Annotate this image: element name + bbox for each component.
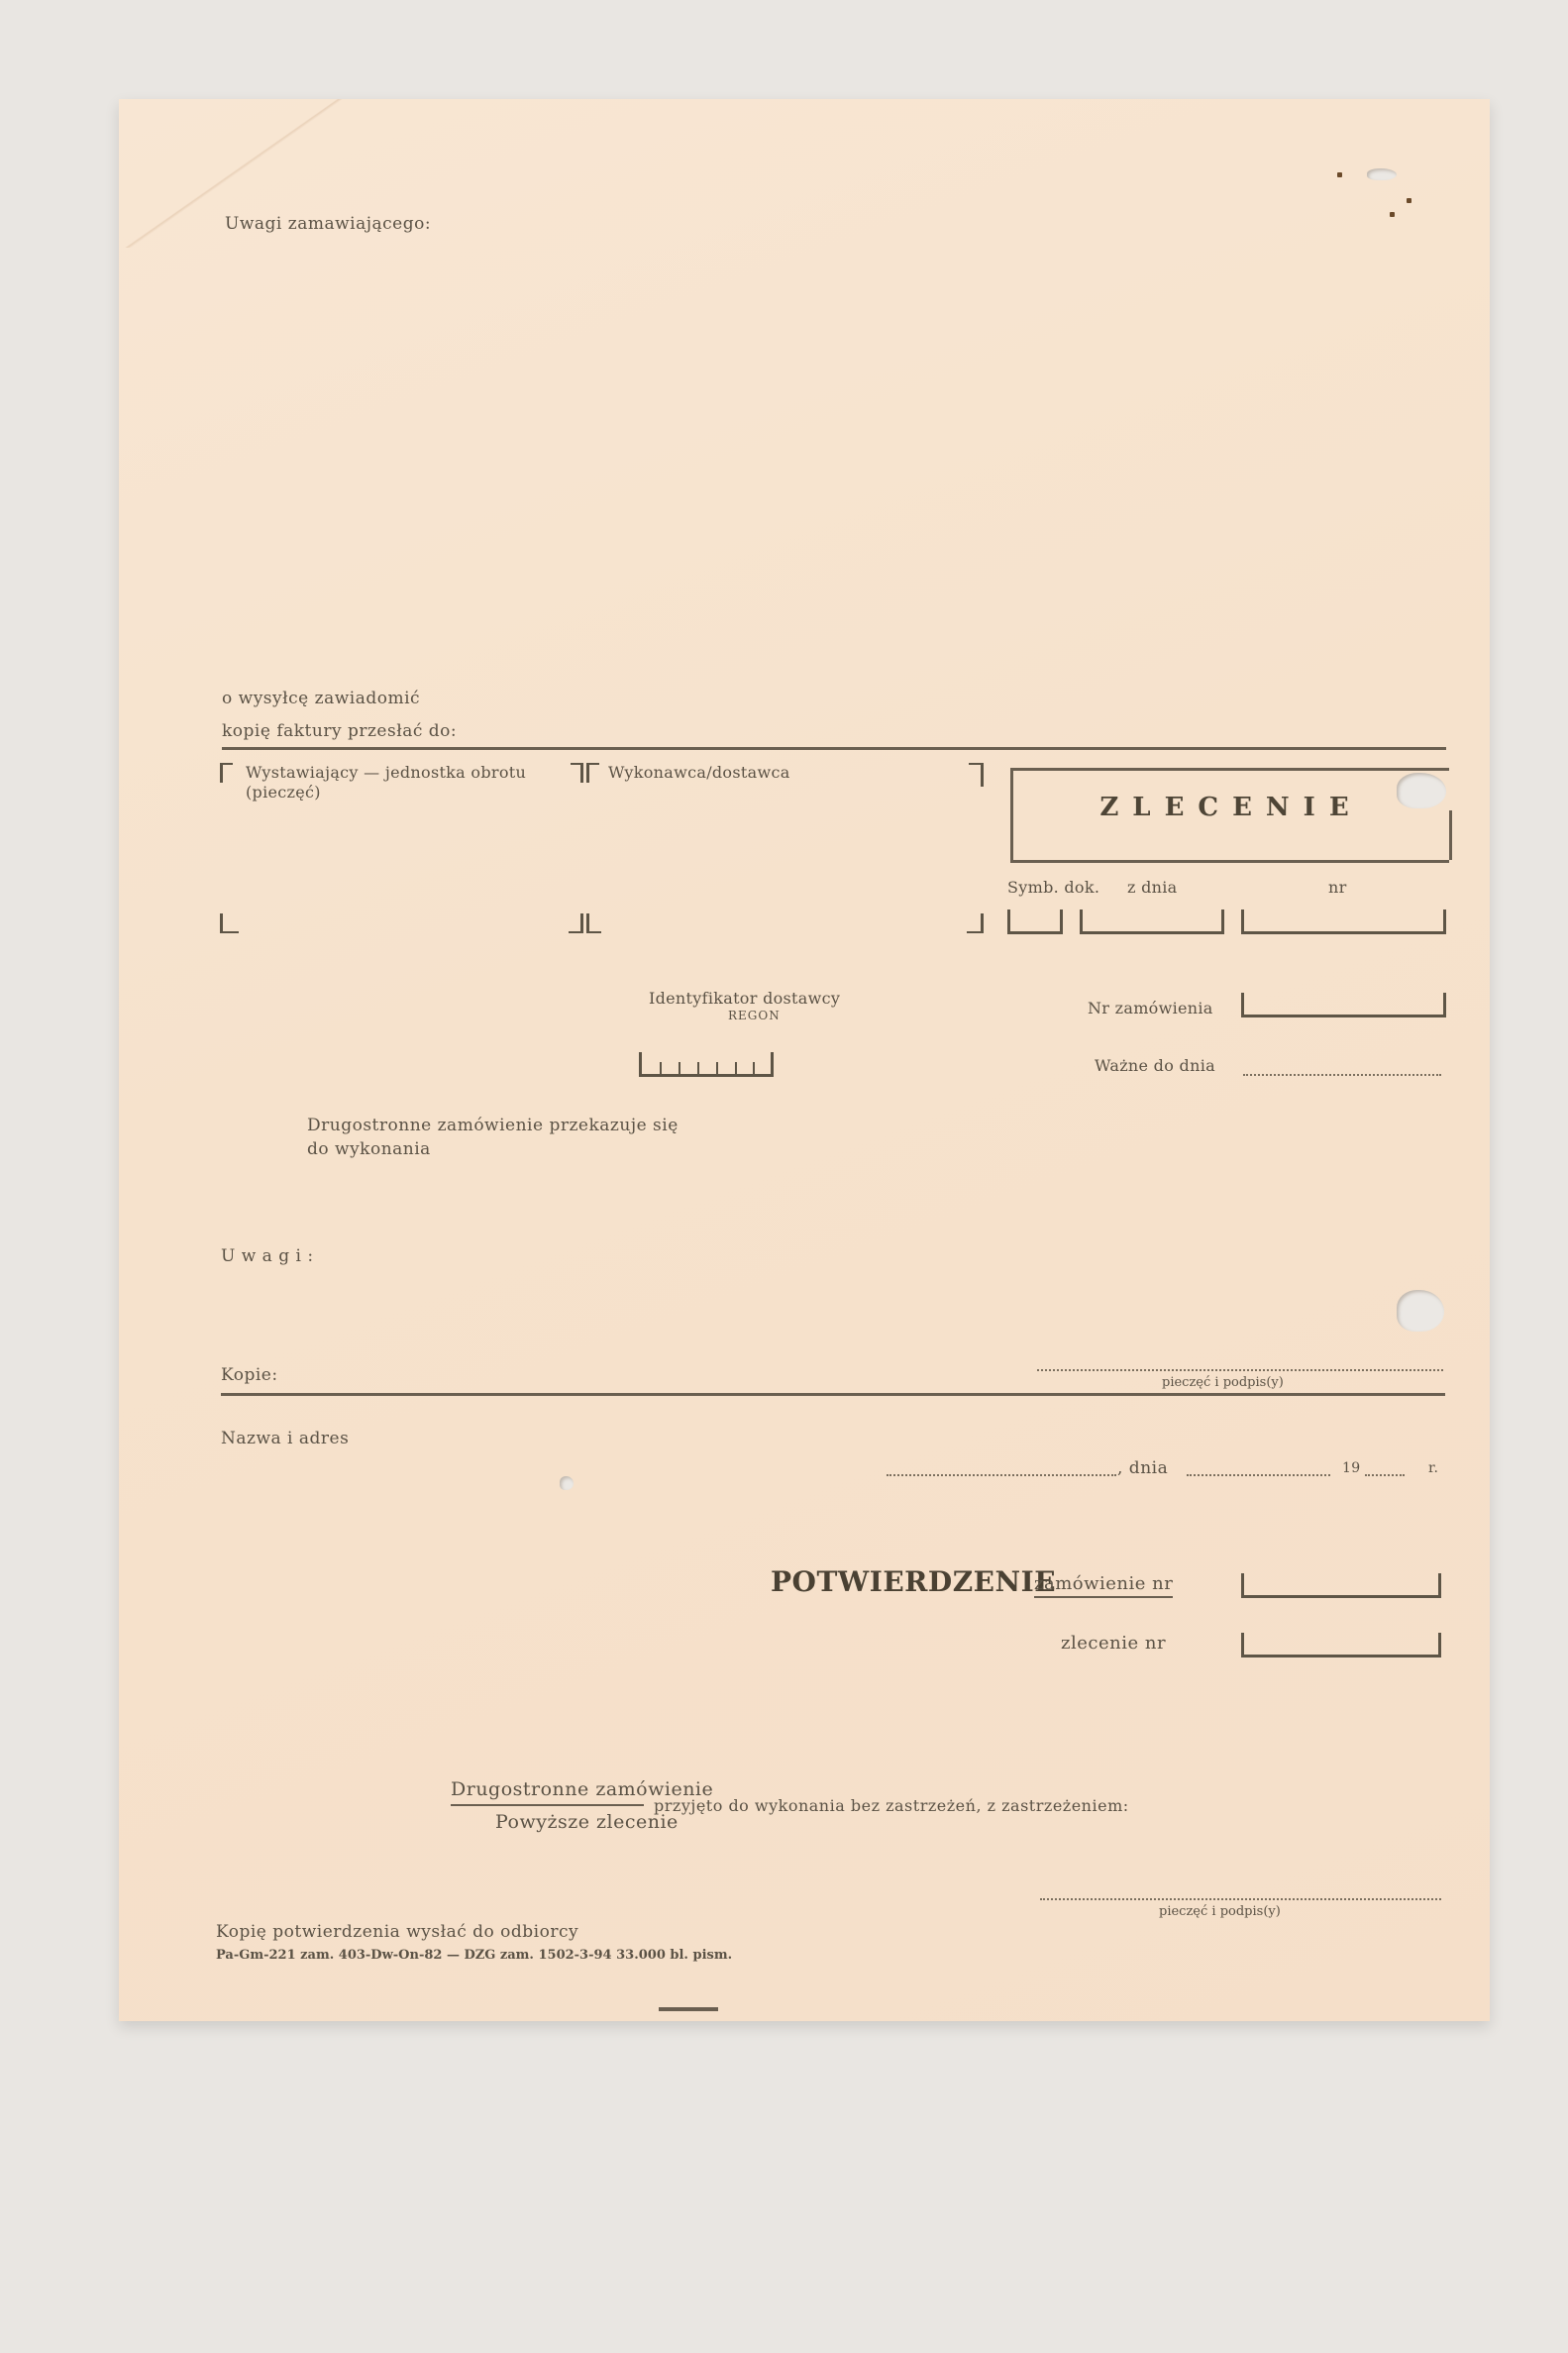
z-dnia-label: z dnia xyxy=(1127,878,1178,897)
zlecenie-box: ZLECENIE xyxy=(1010,768,1449,863)
print-mark xyxy=(659,2007,718,2011)
regon-tick xyxy=(735,1062,737,1074)
kopie-label: Kopie: xyxy=(221,1365,278,1385)
pieczec-podpis-label-2: pieczęć i podpis(y) xyxy=(1159,1904,1281,1919)
bracket-br xyxy=(569,913,583,933)
przyjeto-label: przyjęto do wykonania bez zastrzeżeń, z … xyxy=(654,1796,1129,1815)
nr-label: nr xyxy=(1328,878,1347,897)
przekazuje-line1: Drugostronne zamówienie przekazuje się xyxy=(307,1116,679,1135)
punch-hole-middle xyxy=(1397,1290,1444,1332)
potwierdzenie-title: POTWIERDZENIE xyxy=(771,1565,1056,1598)
nr-field[interactable] xyxy=(1241,909,1446,934)
z-dnia-field[interactable] xyxy=(1080,909,1224,934)
regon-tick xyxy=(697,1062,699,1074)
form-sheet: Uwagi zamawiającego: o wysyłcę zawiadomi… xyxy=(119,99,1490,2021)
speck xyxy=(1337,172,1342,177)
year-field[interactable] xyxy=(1365,1474,1405,1476)
nazwa-adres-label: Nazwa i adres xyxy=(221,1429,349,1448)
pieczec-label: (pieczęć) xyxy=(246,783,321,802)
regon-tick xyxy=(679,1062,680,1074)
zlecenie-nr-label: zlecenie nr xyxy=(1061,1633,1166,1654)
bracket-tl2 xyxy=(586,763,599,783)
regon-field[interactable] xyxy=(639,1052,774,1077)
symb-dok-label: Symb. dok. xyxy=(1007,878,1099,897)
wazne-do-dnia-field[interactable] xyxy=(1243,1074,1441,1076)
dnia-label: , dnia xyxy=(1117,1458,1168,1478)
uwagi-zamawiajacego-label: Uwagi zamawiającego: xyxy=(225,214,431,234)
regon-tick xyxy=(660,1062,662,1074)
przekazuje-line2: do wykonania xyxy=(307,1139,431,1159)
pieczec-podpis-line-2[interactable] xyxy=(1040,1898,1441,1900)
nr-zamowienia-field[interactable] xyxy=(1241,993,1446,1017)
small-hole-top xyxy=(1367,168,1397,180)
bracket-tl xyxy=(220,763,233,783)
zlecenie-nr-field[interactable] xyxy=(1241,1633,1441,1658)
fraction-line xyxy=(451,1804,644,1806)
date-field[interactable] xyxy=(1187,1474,1330,1476)
place-field[interactable] xyxy=(887,1474,1116,1476)
wazne-do-dnia-label: Ważne do dnia xyxy=(1095,1056,1215,1075)
symb-dok-field[interactable] xyxy=(1007,909,1063,934)
year-suffix: r. xyxy=(1428,1460,1438,1476)
year-prefix: 19 xyxy=(1342,1460,1360,1476)
regon-tick xyxy=(716,1062,718,1074)
powyzsze-label: Powyższe zlecenie xyxy=(495,1811,679,1833)
kopie-faktury-label: kopię faktury przesłać do: xyxy=(222,721,457,741)
zamowienie-nr-field[interactable] xyxy=(1241,1573,1441,1598)
nr-zamowienia-label: Nr zamówienia xyxy=(1088,999,1213,1017)
bracket-br2 xyxy=(967,913,984,933)
zlecenie-title: ZLECENIE xyxy=(1013,793,1449,822)
regon-tick xyxy=(753,1062,755,1074)
speck xyxy=(1390,212,1395,217)
pieczec-podpis-line-1[interactable] xyxy=(1037,1369,1443,1371)
uwagi-label: U w a g i : xyxy=(221,1246,314,1266)
wykonawca-label: Wykonawca/dostawca xyxy=(608,763,790,782)
speck xyxy=(1407,198,1411,203)
pieczec-podpis-label-1: pieczęć i podpis(y) xyxy=(1162,1375,1284,1390)
bracket-bl2 xyxy=(586,913,601,933)
divider-middle xyxy=(221,1393,1445,1396)
small-hole-center xyxy=(560,1476,574,1490)
bracket-tr xyxy=(571,763,583,783)
regon-label: REGON xyxy=(728,1009,781,1022)
identyfikator-label: Identyfikator dostawcy xyxy=(649,989,840,1008)
wystawiajacy-label: Wystawiający — jednostka obrotu xyxy=(246,763,526,782)
divider-top xyxy=(222,747,1446,750)
zamowienie-nr-label: zamówienie nr xyxy=(1034,1573,1173,1598)
o-wysylce-label: o wysyłcę zawiadomić xyxy=(222,689,420,708)
kopie-potwierdzenia-label: Kopię potwierdzenia wysłać do odbiorcy xyxy=(216,1922,578,1942)
print-code: Pa-Gm-221 zam. 403-Dw-On-82 — DZG zam. 1… xyxy=(216,1948,732,1963)
bracket-tr2 xyxy=(969,763,984,787)
bracket-bl xyxy=(220,913,239,933)
